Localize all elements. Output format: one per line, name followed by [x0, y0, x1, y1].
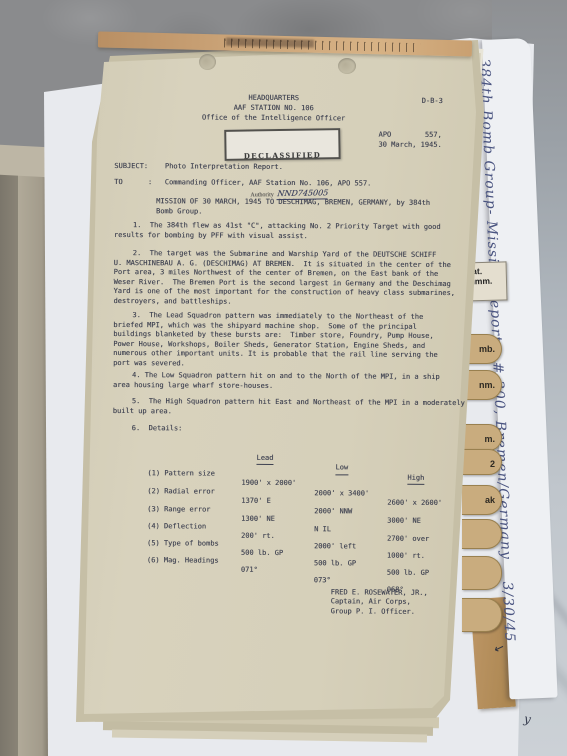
- cell-high: 2700' over: [387, 535, 429, 545]
- apo-date-block: APO 557, 30 March, 1945.: [378, 131, 441, 150]
- row-label: (5) Type of bombs: [147, 539, 219, 549]
- letterhead: HEADQUARTERS AAF STATION NO. 106 Office …: [174, 93, 374, 124]
- declassified-stamp: DECLASSIFIED AuthorityNND745005: [224, 128, 340, 161]
- column-header-lead: Lead: [256, 453, 273, 465]
- cell-lead: 500 lb. GP: [241, 549, 283, 559]
- punch-hole-right: [338, 58, 356, 74]
- paragraph-2: 2. The target was the Submarine and Wars…: [113, 249, 455, 308]
- cell-low: 073°: [314, 576, 331, 586]
- cell-high: 1000' rt.: [387, 552, 425, 562]
- file-reference: D-B-3: [422, 97, 443, 107]
- cell-lead: 1300' NE: [241, 515, 275, 525]
- cell-low: 500 lb. GP: [314, 559, 356, 569]
- paragraph-4: 4. The Low Squadron pattern hit on and t…: [113, 371, 440, 392]
- row-label: (2) Radial error: [147, 487, 214, 497]
- stamp-authority-label: Authority: [250, 192, 273, 198]
- signature-block: FRED E. ROSEWATER, JR., Captain, Air Cor…: [331, 588, 428, 616]
- archive-photo: 384th Bomb Group- Mission Reports, # 300…: [0, 0, 567, 756]
- cell-high: 3000' NE: [387, 517, 421, 527]
- cell-lead: 1370' E: [241, 497, 271, 507]
- column-header-high: High: [407, 473, 424, 485]
- cell-low: 2000' left: [314, 542, 356, 552]
- cell-lead: 200' rt.: [241, 532, 275, 542]
- stamp-authority-value: NND745005: [276, 188, 328, 199]
- cell-lead: 1900' x 2000': [241, 479, 296, 489]
- cell-low: N IL: [314, 525, 331, 535]
- cell-high: 2600' x 2600': [387, 499, 442, 509]
- cell-high: 500 lb. GP: [387, 569, 429, 579]
- paragraph-5: 5. The High Squadron pattern hit East an…: [113, 397, 465, 418]
- details-heading: 6. Details:: [132, 424, 183, 434]
- row-label: (6) Mag. Headings: [147, 556, 219, 566]
- row-label: (4) Deflection: [147, 522, 206, 532]
- cell-lead: 071°: [241, 566, 258, 576]
- cell-low: 2000' NNW: [314, 507, 352, 517]
- typed-text-layer: D-B-3 HEADQUARTERS AAF STATION NO. 106 O…: [0, 0, 567, 756]
- row-label: (1) Pattern size: [147, 469, 214, 479]
- paragraph-3: 3. The Lead Squadron pattern was immedia…: [113, 311, 438, 370]
- column-header-low: Low: [335, 463, 348, 475]
- stamp-title: DECLASSIFIED: [227, 150, 339, 161]
- cell-low: 2000' x 3400': [314, 489, 369, 499]
- row-label: (3) Range error: [147, 505, 210, 515]
- table-row: (6) Mag. Headings 071° 073° 068°: [112, 546, 138, 603]
- punch-hole-left: [199, 54, 216, 70]
